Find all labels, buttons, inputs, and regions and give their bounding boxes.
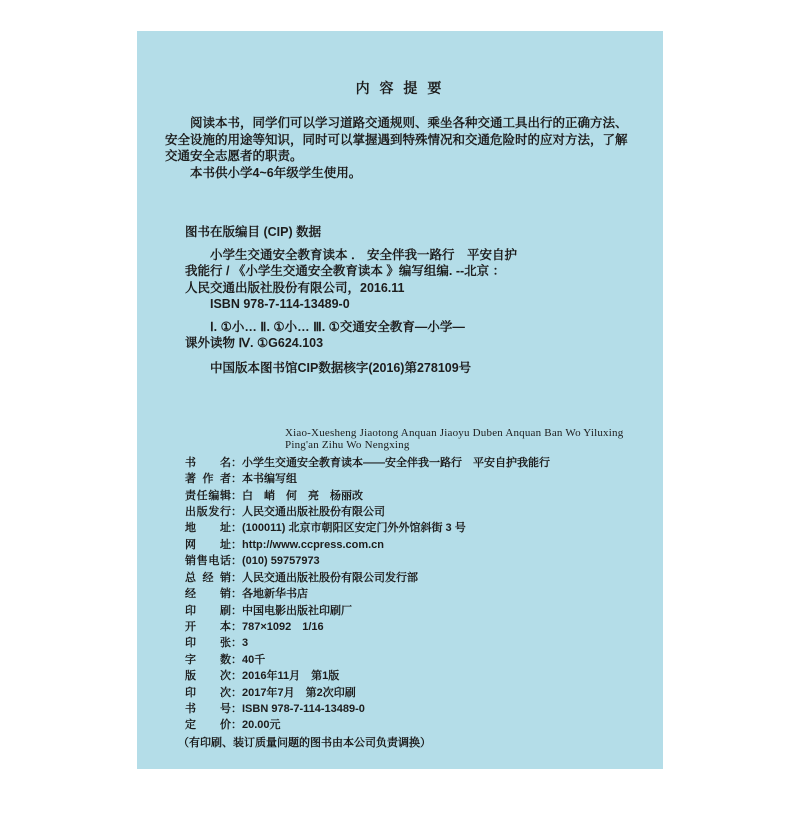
row-colon: ： bbox=[231, 719, 242, 731]
cip-class-line-2: 课外读物 Ⅳ. ①G624.103 bbox=[185, 335, 635, 351]
summary-paragraph-2: 本书供小学4~6年级学生使用。 bbox=[165, 165, 635, 182]
row-colon: ： bbox=[231, 687, 242, 699]
cip-record: 小学生交通安全教育读本 ． 安全伴我一路行 平安自护 我能行 / 《小学生交通安… bbox=[185, 247, 635, 313]
row-label: 责任编辑 bbox=[185, 488, 231, 504]
row-value: 787×1092 1/16 bbox=[242, 621, 324, 633]
colophon-row-address: 地址：(100011) 北京市朝阳区安定门外外馆斜街 3 号 bbox=[185, 520, 635, 536]
colophon-row-edition: 版次：2016年11月 第1版 bbox=[185, 668, 635, 684]
row-value: 人民交通出版社股份有限公司 bbox=[242, 506, 385, 518]
colophon-section: Xiao-Xuesheng Jiaotong Anquan Jiaoyu Dub… bbox=[185, 427, 635, 751]
colophon-row-title: 书名：小学生交通安全教育读本——安全伴我一路行 平安自护我能行 bbox=[185, 455, 635, 471]
row-value: 各地新华书店 bbox=[242, 588, 308, 600]
row-value: 白 峭 何 亮 杨丽改 bbox=[242, 490, 363, 502]
colophon-row-isbn: 书号：ISBN 978-7-114-13489-0 bbox=[185, 701, 635, 717]
summary-paragraph-1: 阅读本书，同学们可以学习道路交通规则、乘坐各种交通工具出行的正确方法、安全设施的… bbox=[165, 115, 635, 165]
colophon-row-editors: 责任编辑：白 峭 何 亮 杨丽改 bbox=[185, 488, 635, 504]
colophon-row-sales-phone: 销售电话：(010) 59757973 bbox=[185, 553, 635, 569]
row-colon: ： bbox=[231, 572, 242, 584]
row-colon: ： bbox=[231, 539, 242, 551]
row-label: 地址 bbox=[185, 520, 231, 536]
row-value: 2016年11月 第1版 bbox=[242, 670, 339, 682]
row-colon: ： bbox=[231, 490, 242, 502]
row-colon: ： bbox=[231, 457, 242, 469]
colophon-row-price: 定价：20.00元 bbox=[185, 717, 635, 733]
row-label: 总经销 bbox=[185, 570, 231, 586]
row-value: http://www.ccpress.com.cn bbox=[242, 539, 384, 551]
row-value: 40千 bbox=[242, 654, 265, 666]
row-colon: ： bbox=[231, 670, 242, 682]
row-value: 中国电影出版社印刷厂 bbox=[242, 605, 352, 617]
row-value: ISBN 978-7-114-13489-0 bbox=[242, 703, 365, 715]
row-label: 印次 bbox=[185, 685, 231, 701]
row-colon: ： bbox=[231, 506, 242, 518]
colophon-row-author: 著作者：本书编写组 bbox=[185, 471, 635, 487]
cip-record-line-2: 我能行 / 《小学生交通安全教育读本 》编写组编. --北京 ： bbox=[185, 263, 635, 279]
quality-exchange-note: （有印刷、装订质量问题的图书由本公司负责调换） bbox=[178, 735, 635, 751]
cip-data-section: 图书在版编目 (CIP) 数据 小学生交通安全教育读本 ． 安全伴我一路行 平安… bbox=[185, 222, 635, 377]
row-value: (010) 59757973 bbox=[242, 555, 320, 567]
cip-record-line-3: 人民交通出版社股份有限公司，2016.11 bbox=[185, 280, 635, 296]
colophon-row-format: 开本：787×1092 1/16 bbox=[185, 619, 635, 635]
row-label: 销售电话 bbox=[185, 553, 231, 569]
colophon-row-printer: 印刷：中国电影出版社印刷厂 bbox=[185, 603, 635, 619]
row-label: 经销 bbox=[185, 586, 231, 602]
row-colon: ： bbox=[231, 703, 242, 715]
row-colon: ： bbox=[231, 654, 242, 666]
row-label: 开本 bbox=[185, 619, 231, 635]
row-colon: ： bbox=[231, 588, 242, 600]
colophon-row-printing: 印次：2017年7月 第2次印刷 bbox=[185, 685, 635, 701]
copyright-page: 内 容 提 要 阅读本书，同学们可以学习道路交通规则、乘坐各种交通工具出行的正确… bbox=[137, 31, 663, 769]
row-colon: ： bbox=[231, 605, 242, 617]
row-value: (100011) 北京市朝阳区安定门外外馆斜街 3 号 bbox=[242, 522, 466, 534]
colophon-row-general-distributor: 总经销：人民交通出版社股份有限公司发行部 bbox=[185, 570, 635, 586]
colophon-row-sheets: 印张：3 bbox=[185, 635, 635, 651]
colophon-row-distributor: 经销：各地新华书店 bbox=[185, 586, 635, 602]
row-label: 印张 bbox=[185, 635, 231, 651]
summary-title: 内 容 提 要 bbox=[165, 78, 635, 98]
cip-record-line-1: 小学生交通安全教育读本 ． 安全伴我一路行 平安自护 bbox=[185, 247, 635, 263]
row-value: 小学生交通安全教育读本——安全伴我一路行 平安自护我能行 bbox=[242, 457, 550, 469]
row-colon: ： bbox=[231, 555, 242, 567]
row-value: 本书编写组 bbox=[242, 473, 297, 485]
content-summary-section: 内 容 提 要 阅读本书，同学们可以学习道路交通规则、乘坐各种交通工具出行的正确… bbox=[165, 78, 635, 181]
row-label: 著作者 bbox=[185, 471, 231, 487]
row-colon: ： bbox=[231, 637, 242, 649]
row-label: 书名 bbox=[185, 455, 231, 471]
cip-isbn-line: ISBN 978-7-114-13489-0 bbox=[185, 296, 635, 312]
row-colon: ： bbox=[231, 473, 242, 485]
pinyin-title: Xiao-Xuesheng Jiaotong Anquan Jiaoyu Dub… bbox=[285, 427, 635, 451]
row-value: 2017年7月 第2次印刷 bbox=[242, 687, 356, 699]
cip-class-line-1: Ⅰ. ①小… Ⅱ. ①小… Ⅲ. ①交通安全教育—小学— bbox=[185, 319, 635, 335]
row-colon: ： bbox=[231, 621, 242, 633]
row-label: 网址 bbox=[185, 537, 231, 553]
row-value: 人民交通出版社股份有限公司发行部 bbox=[242, 572, 418, 584]
cip-registry-number: 中国版本图书馆CIP数据核字(2016)第278109号 bbox=[185, 360, 635, 376]
row-value: 3 bbox=[242, 637, 248, 649]
row-label: 出版发行 bbox=[185, 504, 231, 520]
row-label: 印刷 bbox=[185, 603, 231, 619]
row-value: 20.00元 bbox=[242, 719, 281, 731]
row-label: 书号 bbox=[185, 701, 231, 717]
cip-classification: Ⅰ. ①小… Ⅱ. ①小… Ⅲ. ①交通安全教育—小学— 课外读物 Ⅳ. ①G6… bbox=[185, 319, 635, 352]
row-colon: ： bbox=[231, 522, 242, 534]
colophon-row-word-count: 字数：40千 bbox=[185, 652, 635, 668]
row-label: 字数 bbox=[185, 652, 231, 668]
row-label: 定价 bbox=[185, 717, 231, 733]
cip-heading: 图书在版编目 (CIP) 数据 bbox=[185, 222, 635, 240]
colophon-row-website: 网址：http://www.ccpress.com.cn bbox=[185, 537, 635, 553]
colophon-row-publisher: 出版发行：人民交通出版社股份有限公司 bbox=[185, 504, 635, 520]
row-label: 版次 bbox=[185, 668, 231, 684]
